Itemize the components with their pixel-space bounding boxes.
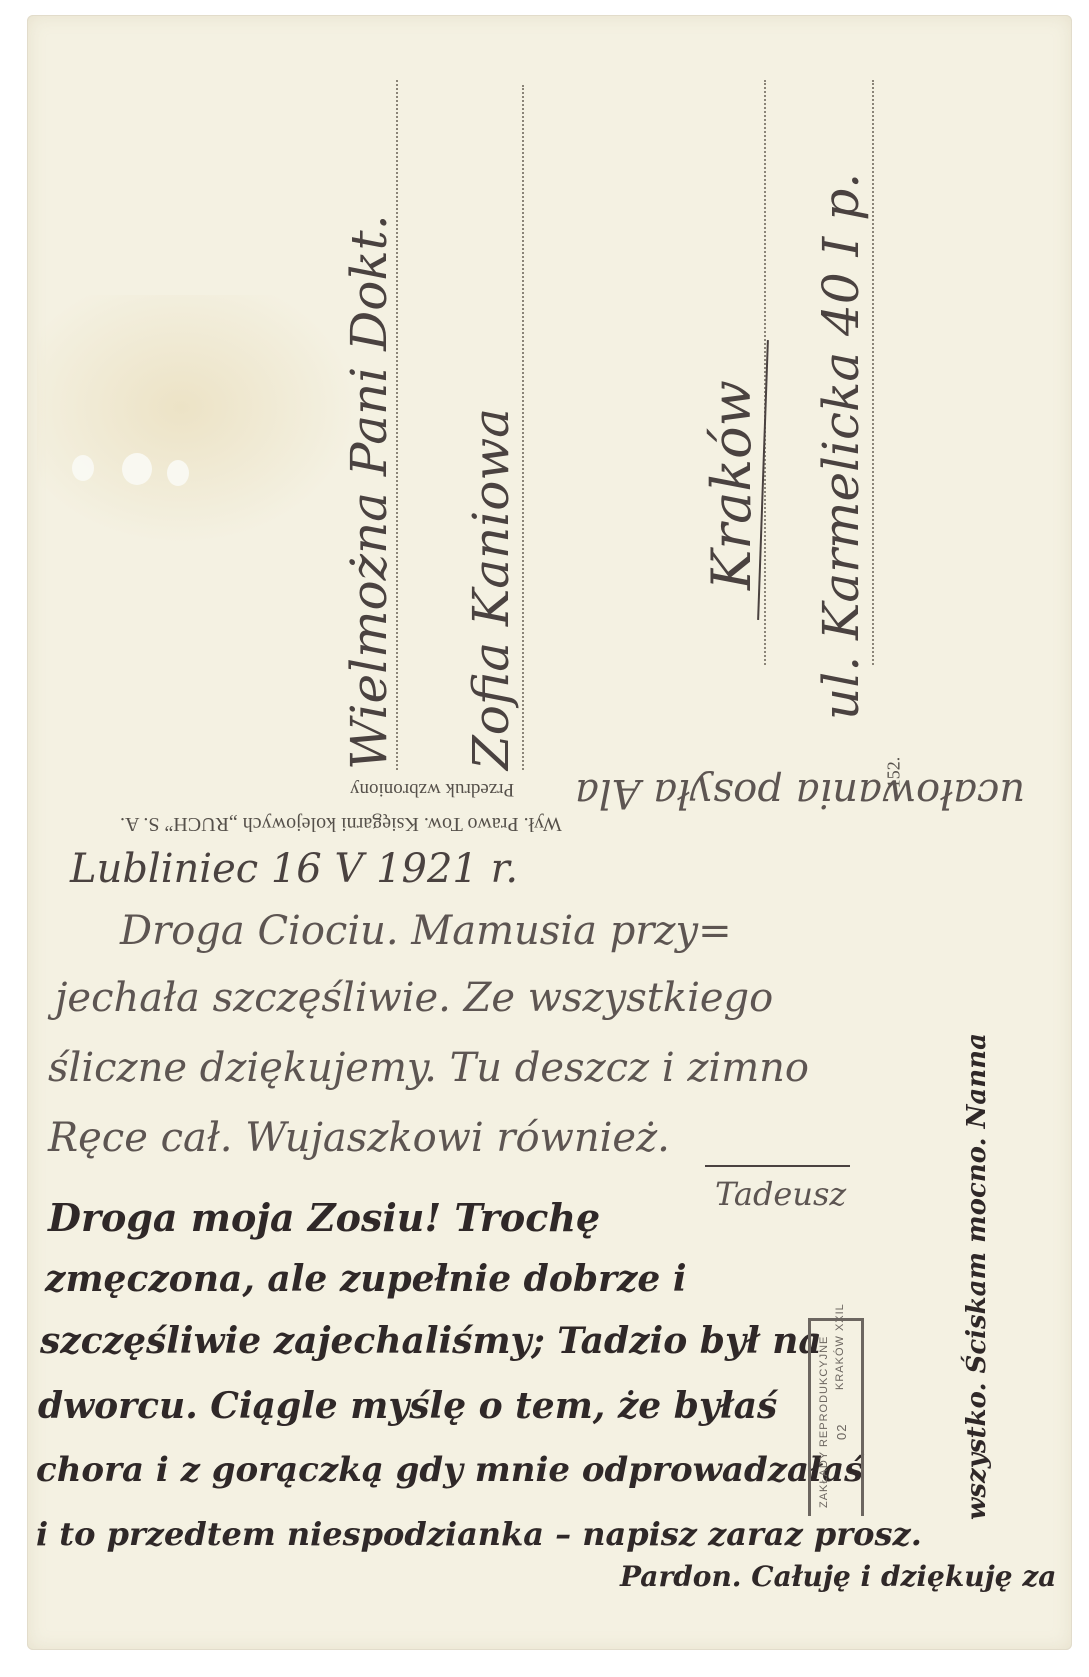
imprint-line-1: ZAKŁADY REPRODUKCYJNE [818,1336,830,1508]
stain-spot [72,455,94,481]
imprint-line-2: KRAKÓW XXIL [834,1303,846,1390]
address-line-4-guide [872,80,874,665]
address-recipient-name: Zofia Kaniowa [462,408,520,770]
second-note-line: Pardon. Całuję i dziękuję za [620,1560,1056,1593]
second-note-line: Droga moja Zosiu! Trochę [48,1195,600,1240]
imprint-code: 02 [834,1424,849,1440]
second-note-line: dworcu. Ciągle myślę o tem, że byłaś [38,1385,777,1427]
address-street: ul. Karmelicka 40 I p. [812,173,870,720]
address-recipient-title: Wielmożna Pani Dokt. [340,214,398,770]
message-line: Ręce cał. Wujaszkowi również. [48,1115,670,1161]
second-note-line: szczęśliwie zajechaliśmy; Tadzio był na [40,1320,822,1362]
message-side-note: ucałowania posyła Ala [575,770,1025,816]
message-line: śliczne dziękujemy. Tu deszcz i zimno [48,1045,809,1091]
message-place-date: Lubliniec 16 V 1921 r. [70,846,518,892]
water-stain [37,295,357,545]
printed-publisher: Wył. Prawo Tow. Księgarni kolejowych „RU… [120,812,562,835]
message-line: Droga Ciociu. Mamusia przy= [120,908,732,954]
printed-notice: Przedruk wzbroniony [350,778,514,800]
stain-spot [122,453,152,485]
margin-note: wszystko. Ściskam mocno. Nanna [962,1033,992,1520]
signature-overline [705,1165,850,1167]
message-signature: Tadeusz [715,1175,846,1213]
second-note-line: chora i z gorączką gdy mnie odprowadzała… [36,1450,863,1490]
second-note-line: zmęczona, ale zupełnie dobrze i [45,1258,687,1300]
address-city: Kraków [700,380,763,590]
second-note-line: i to przedtem niespodzianka – napisz zar… [36,1515,922,1553]
address-line-2-guide [522,85,524,770]
message-line: jechała szczęśliwie. Ze wszystkiego [55,975,773,1021]
stain-spot [167,460,189,486]
